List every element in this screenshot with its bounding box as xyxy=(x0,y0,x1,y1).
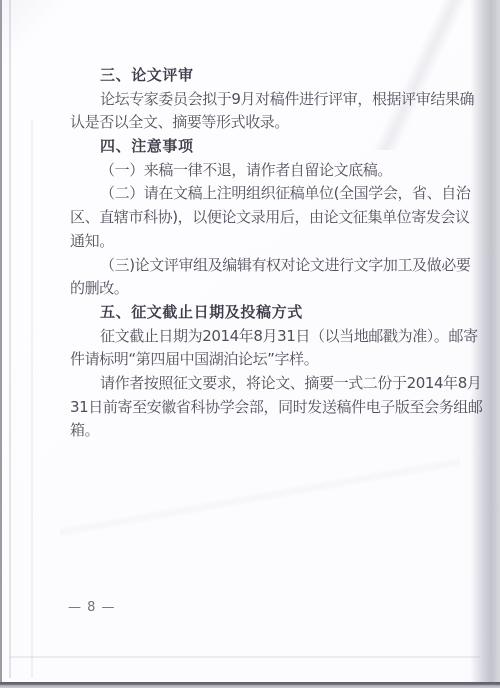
page-number: — 8 — xyxy=(68,600,116,615)
text-line: （二）请在文稿上注明组织征稿单位(全国学会，省、自治 xyxy=(70,182,442,206)
page-bottom-edge xyxy=(0,682,500,688)
text-line: 征文截止日期为2014年8月31日（以当地邮戳为准）。邮寄 xyxy=(70,325,442,349)
text-line: 的删改。 xyxy=(70,277,442,301)
text-line: 通知。 xyxy=(70,230,442,254)
text-line: 认是否以全文、摘要等形式收录。 xyxy=(70,111,442,135)
section-heading-3: 三、论文评审 xyxy=(70,64,442,88)
text-line: 请作者按照征文要求，将论文、摘要一式二份于2014年8月 xyxy=(70,372,442,396)
text-line: （一）来稿一律不退，请作者自留论文底稿。 xyxy=(70,159,442,183)
text-line: 件请标明“第四届中国湖泊论坛”字样。 xyxy=(70,348,442,372)
scanned-document-page: 三、论文评审 论坛专家委员会拟于9月对稿件进行评审，根据评审结果确 认是否以全文… xyxy=(0,0,500,688)
section-heading-5: 五、征文截止日期及投稿方式 xyxy=(70,301,442,325)
text-line: 箱。 xyxy=(70,419,442,443)
paper-crease-left-2 xyxy=(31,120,33,678)
text-line: 论坛专家委员会拟于9月对稿件进行评审，根据评审结果确 xyxy=(70,88,442,112)
paper-crease-middle xyxy=(60,452,460,542)
page-left-edge xyxy=(0,0,2,682)
section-heading-4: 四、注意事项 xyxy=(70,135,442,159)
text-line: 区、直辖市科协)，以便论文录用后，由论文征集单位寄发会议 xyxy=(70,206,442,230)
paper-crease-left-1 xyxy=(9,0,11,678)
paper-crease-bottom xyxy=(10,656,480,658)
text-line: 31日前寄至安徽省科协学会部，同时发送稿件电子版至会务组邮 xyxy=(70,396,442,420)
document-text-block: 三、论文评审 论坛专家委员会拟于9月对稿件进行评审，根据评审结果确 认是否以全文… xyxy=(70,64,442,443)
text-line: （三)论文评审组及编辑有权对论文进行文字加工及做必要 xyxy=(70,254,442,278)
